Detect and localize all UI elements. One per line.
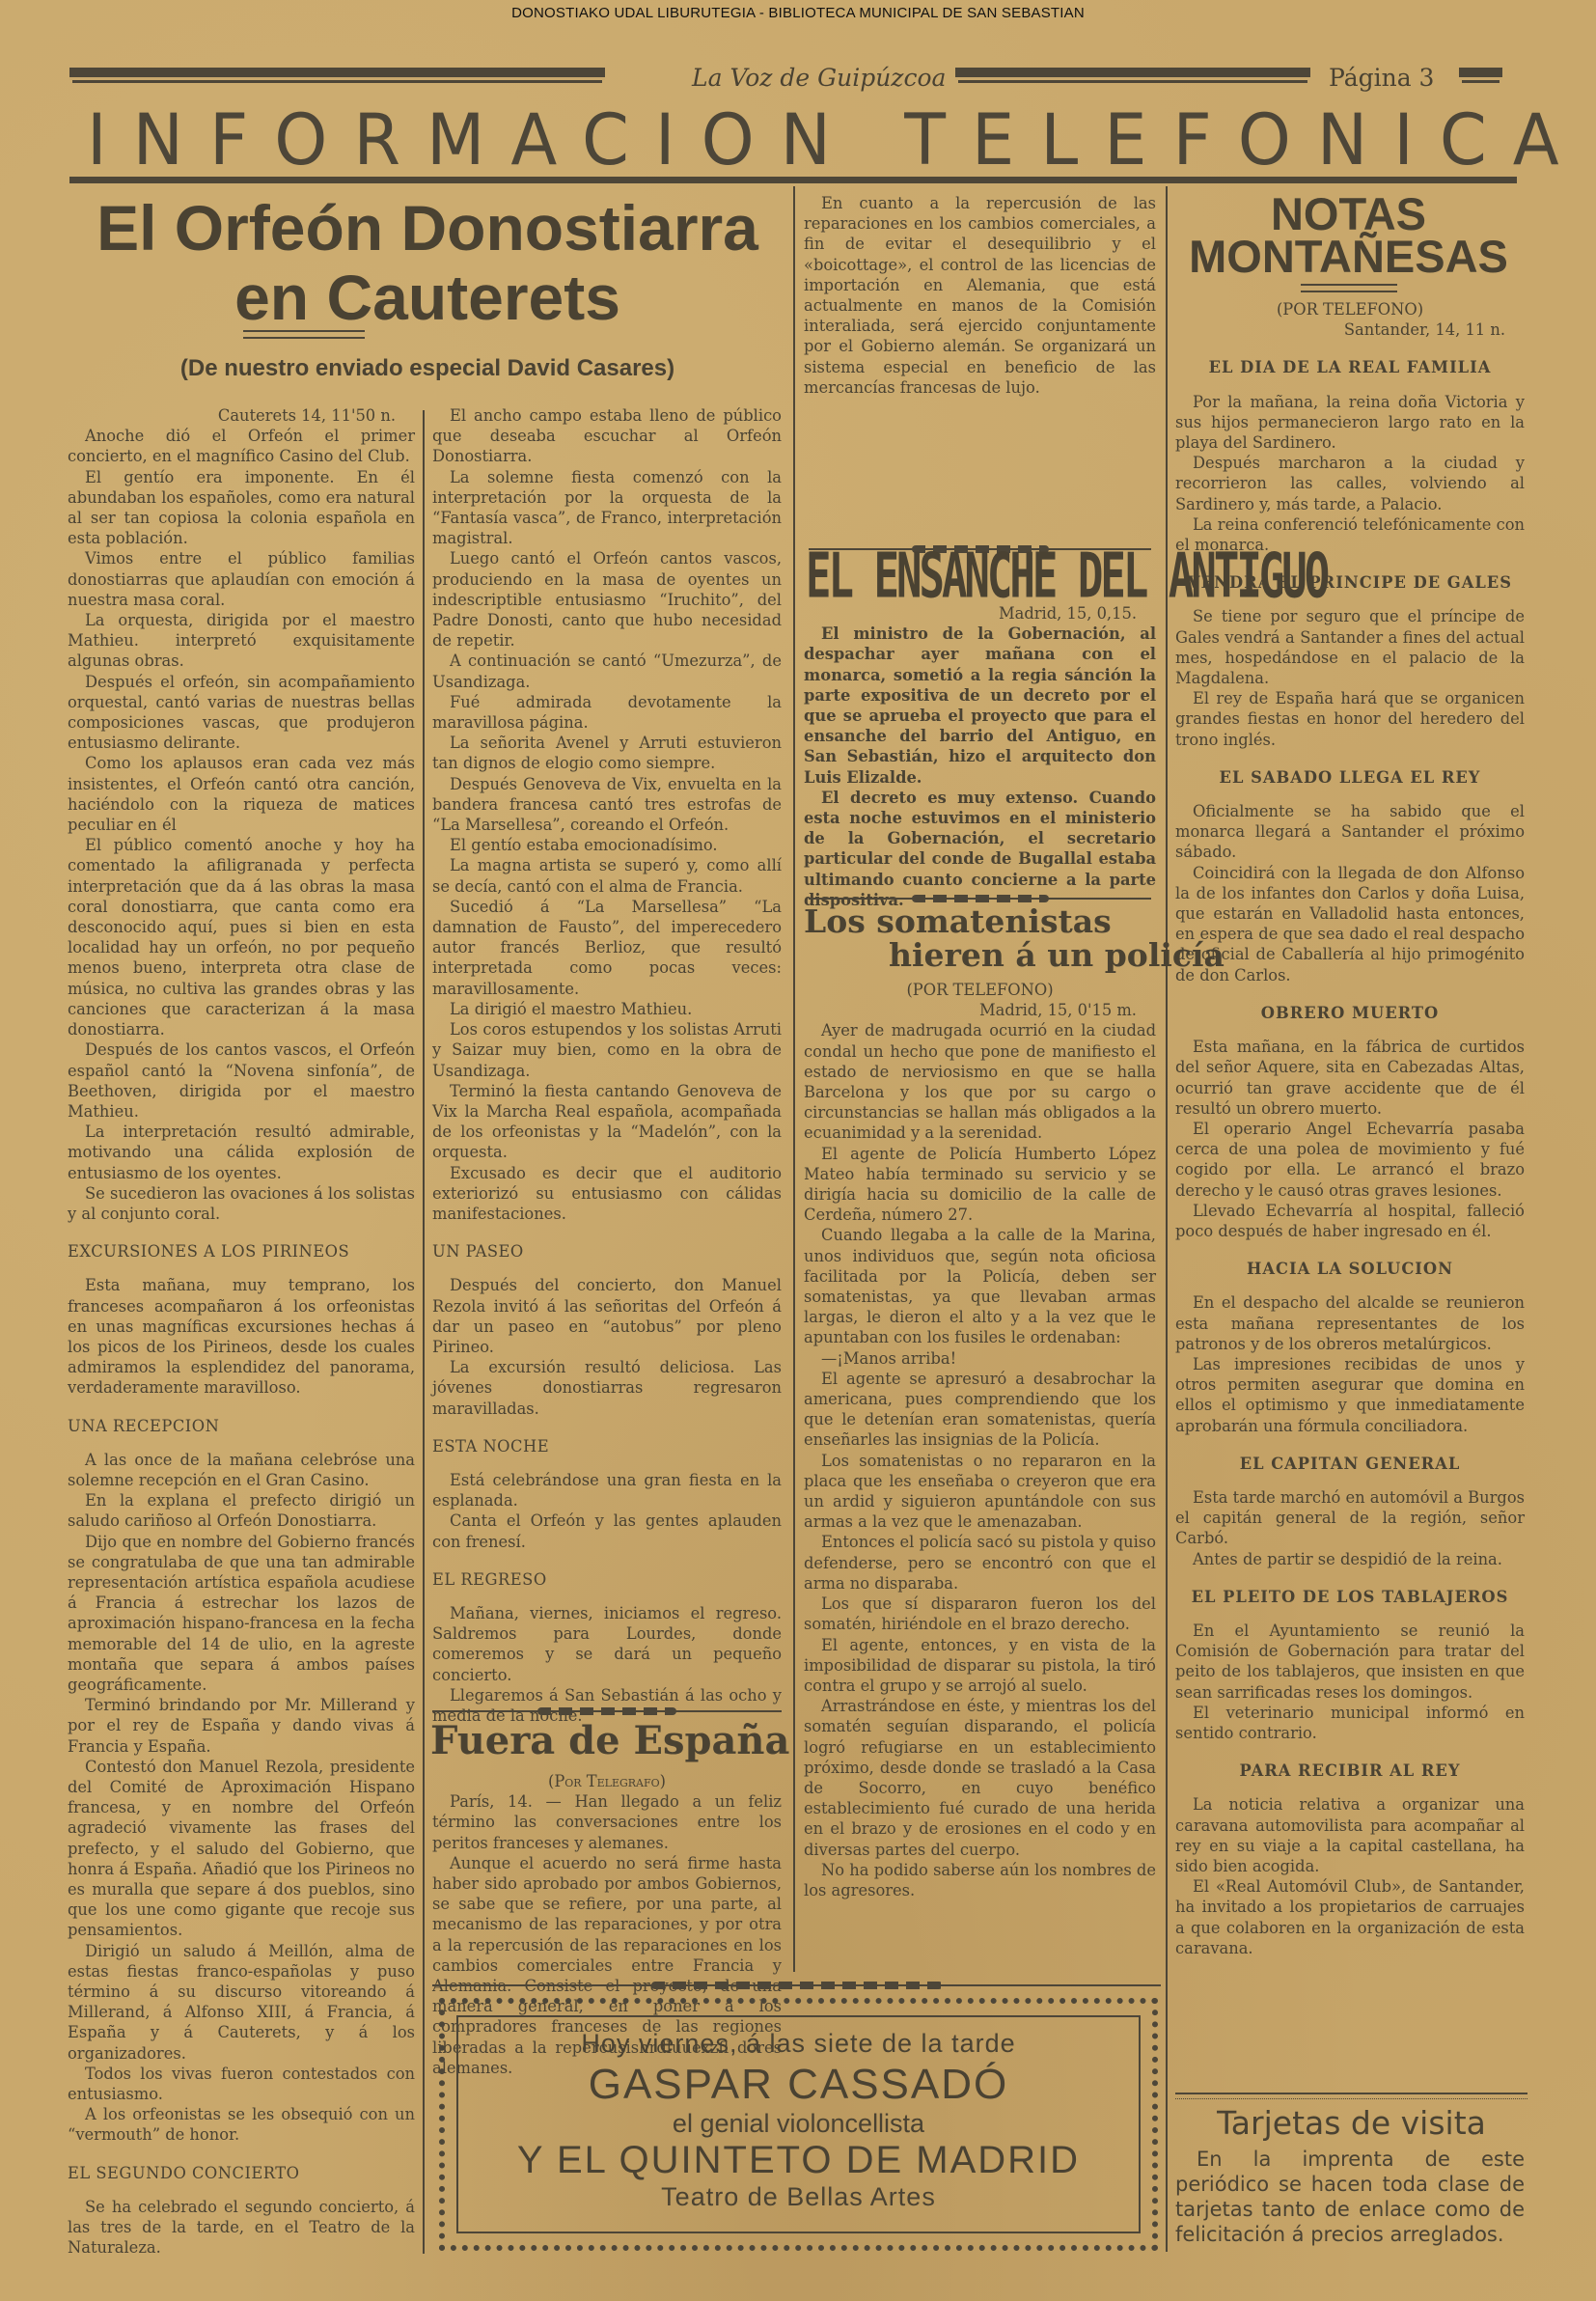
paragraph: Oficialmente se ha sabido que el monarca… <box>1175 801 1525 863</box>
subheading: EL REGRESO <box>432 1569 782 1590</box>
top-rule <box>69 177 1517 183</box>
paragraph: Dirigió un saludo á Meillón, alma de est… <box>68 1941 415 2064</box>
paragraph: Después del concierto, don Manuel Rezola… <box>432 1275 782 1357</box>
column-divider <box>793 186 795 1972</box>
dateline: Madrid, 15, 0'15 m. <box>804 1000 1156 1020</box>
paragraph: El veterinario municipal informó en sent… <box>1175 1703 1525 1743</box>
page-number: Página 3 <box>1329 64 1434 92</box>
paragraph: En cuanto a la repercusión de las repara… <box>804 193 1156 398</box>
article-orfeon-col1: Cauterets 14, 11'50 n. Anoche dió el Orf… <box>68 405 415 2258</box>
article-fuera-de-espana-continued: En cuanto a la repercusión de las repara… <box>804 193 1156 398</box>
subheading: EL SABADO LLEGA EL REY <box>1175 767 1525 788</box>
masthead-rule-left <box>69 68 605 80</box>
paragraph: Después Genoveva de Vix, envuelta en la … <box>432 774 782 836</box>
paragraph: El agente, entonces, y en vista de la im… <box>804 1635 1156 1697</box>
subheading: EL SEGUNDO CONCIERTO <box>68 2163 415 2183</box>
paragraph: Dijo que en nombre del Gobierno francés … <box>68 1532 415 1696</box>
paragraph: El rey de España hará que se organicen g… <box>1175 688 1525 750</box>
paragraph: Terminó brindando por Mr. Millerand y po… <box>68 1695 415 1757</box>
paragraph: Luego cantó el Orfeón cantos vascos, pro… <box>432 548 782 651</box>
byline-orfeon: (De nuestro enviado especial David Casar… <box>66 355 789 382</box>
article-ensanche: Madrid, 15, 0,15. El ministro de la Gobe… <box>804 603 1156 910</box>
newspaper-page: DONOSTIAKO UDAL LIBURUTEGIA - BIBLIOTECA… <box>0 0 1596 2301</box>
paragraph: Llevado Echevarría al hospital, falleció… <box>1175 1201 1525 1241</box>
dateline: Cauterets 14, 11'50 n. <box>68 405 415 426</box>
paragraph: El público comentó anoche y hoy ha comen… <box>68 835 415 1040</box>
subheading: HACIA LA SOLUCION <box>1175 1259 1525 1279</box>
subheading: VENDRA EL PRINCIPE DE GALES <box>1175 572 1525 593</box>
paragraph: Se ha celebrado el segundo concierto, á … <box>68 2197 415 2259</box>
paragraph: Coincidirá con la llegada de don Alfonso… <box>1175 863 1525 985</box>
paragraph: La señorita Avenel y Arruti estuvieron t… <box>432 733 782 773</box>
paragraph: Vimos entre el público familias donostia… <box>68 548 415 610</box>
paragraph: A las once de la mañana celebróse una so… <box>68 1450 415 1490</box>
paragraph: Ayer de madrugada ocurrió en la ciudad c… <box>804 1020 1156 1143</box>
paragraph: París, 14. — Han llegado a un feliz térm… <box>432 1791 782 1853</box>
article-somatenistas: (POR TELEFONO) Madrid, 15, 0'15 m. Ayer … <box>804 980 1156 1900</box>
paragraph: La reina conferenció telefónicamente con… <box>1175 514 1525 555</box>
paragraph: La dirigió el maestro Mathieu. <box>432 999 782 1019</box>
paragraph: El agente se apresuró a desabrochar la a… <box>804 1369 1156 1451</box>
paragraph: El agente de Policía Humberto López Mate… <box>804 1144 1156 1226</box>
ad-line: el genial violoncellista <box>458 2109 1139 2139</box>
paragraph: Cuando llegaba a la calle de la Marina, … <box>804 1225 1156 1347</box>
paragraph: Se tiene por seguro que el príncipe de G… <box>1175 606 1525 688</box>
article-orfeon-col2: El ancho campo estaba lleno de público q… <box>432 405 782 1726</box>
paragraph: Fué admirada devotamente la maravillosa … <box>432 692 782 733</box>
tarjetas-notice: En la imprenta de este periódico se hace… <box>1175 2147 1525 2247</box>
paragraph: El gentío estaba emocionadísimo. <box>432 835 782 855</box>
headline-ensanche: EL ENSANCHE DEL ANTIGUO <box>806 541 1158 613</box>
tarjetas-title: Tarjetas de visita <box>1175 2104 1527 2142</box>
dateline: Madrid, 15, 0,15. <box>804 603 1156 624</box>
ad-performer: GASPAR CASSADÓ <box>458 2061 1139 2109</box>
paragraph: Por la mañana, la reina doña Victoria y … <box>1175 392 1525 454</box>
masthead-rule-right <box>1459 68 1502 80</box>
subheading: UN PASEO <box>432 1241 782 1261</box>
paragraph: El operario Angel Echevarría pasaba cerc… <box>1175 1119 1525 1201</box>
dateline: Santander, 14, 11 n. <box>1175 319 1525 340</box>
paragraph: Los que sí dispararon fueron los del som… <box>804 1594 1156 1634</box>
paragraph: Esta mañana, en la fábrica de curtidos d… <box>1175 1037 1525 1119</box>
paragraph: Esta tarde marchó en automóvil a Burgos … <box>1175 1487 1525 1549</box>
paragraph: Después el orfeón, sin acompañamiento or… <box>68 672 415 754</box>
subheading: EL DIA DE LA REAL FAMILIA <box>1175 357 1525 377</box>
ad-line: Hoy viernes, á las siete de la tarde <box>458 2029 1139 2059</box>
paragraph: Después marcharon a la ciudad y recorrie… <box>1175 453 1525 514</box>
ad-top-rule <box>432 1984 1161 1986</box>
paragraph: Contestó don Manuel Rezola, presidente d… <box>68 1757 415 1941</box>
paragraph: La excursión resultó deliciosa. Las jóve… <box>432 1357 782 1419</box>
paragraph: —¡Manos arriba! <box>804 1348 1156 1369</box>
paragraph: La interpretación resultó admirable, mot… <box>68 1122 415 1183</box>
column-divider <box>423 410 425 2254</box>
paragraph: Los coros estupendos y los solistas Arru… <box>432 1019 782 1081</box>
subheading: ESTA NOCHE <box>432 1436 782 1456</box>
paragraph: Todos los vivas fueron contestados con e… <box>68 2064 415 2104</box>
paragraph: A continuación se cantó “Umezurza”, de U… <box>432 651 782 691</box>
paragraph: Los somatenistas o no repararon en la pl… <box>804 1451 1156 1533</box>
paragraph: El gentío era imponente. En él abundaban… <box>68 467 415 549</box>
paragraph: Las impresiones recibidas de unos y otro… <box>1175 1354 1525 1436</box>
paragraph: Canta el Orfeón y las gentes aplauden co… <box>432 1511 782 1551</box>
ad-inner-frame: Hoy viernes, á las siete de la tarde GAS… <box>456 2015 1141 2233</box>
headline-orfeon: El Orfeón Donostiarra en Cauterets <box>66 193 789 332</box>
headline-underline <box>1301 284 1397 292</box>
paragraph: Terminó la fiesta cantando Genoveva de V… <box>432 1081 782 1163</box>
paragraph: Está celebrándose una gran fiesta en la … <box>432 1470 782 1511</box>
headline-somatenistas-line2: hieren á un policía <box>889 936 1225 974</box>
subheading: UNA RECEPCION <box>68 1416 415 1436</box>
subheading: PARA RECIBIR AL REY <box>1175 1760 1525 1781</box>
paragraph: El decreto es muy extenso. Cuando esta n… <box>804 788 1156 910</box>
headline-underline <box>243 330 365 339</box>
subheading: EXCURSIONES A LOS PIRINEOS <box>68 1241 415 1261</box>
paragraph: En el despacho del alcalde se reunieron … <box>1175 1292 1525 1354</box>
paragraph: El ministro de la Gobernación, al despac… <box>804 624 1156 788</box>
paragraph: Mañana, viernes, iniciamos el regreso. S… <box>432 1603 782 1685</box>
paragraph: Después de los cantos vascos, el Orfeón … <box>68 1040 415 1122</box>
headline-somatenistas-line1: Los somatenistas <box>804 902 1112 940</box>
paragraph: A los orfeonistas se les obsequió con un… <box>68 2104 415 2145</box>
paragraph: En la explana el prefecto dirigió un sal… <box>68 1490 415 1531</box>
masthead-rule-middle <box>955 68 1310 80</box>
paragraph: El «Real Automóvil Club», de Santander, … <box>1175 1876 1525 1958</box>
paragraph: Excusado es decir que el auditorio exter… <box>432 1163 782 1225</box>
paragraph: No ha podido saberse aún los nombres de … <box>804 1860 1156 1900</box>
byline: (POR TELEFONO) <box>804 980 1156 1000</box>
paragraph: La solemne fiesta comenzó con la interpr… <box>432 467 782 549</box>
concert-advertisement: Hoy viernes, á las siete de la tarde GAS… <box>439 1998 1158 2251</box>
paragraph: Anoche dió el Orfeón el primer concierto… <box>68 426 415 466</box>
paragraph: La noticia relativa a organizar una cara… <box>1175 1794 1525 1876</box>
section-title: INFORMACION TELEFONICA <box>87 98 1515 181</box>
subheading: EL CAPITAN GENERAL <box>1175 1454 1525 1474</box>
paragraph: Sucedió á “La Marsellesa” “La damnation … <box>432 897 782 999</box>
subheading: EL PLEITO DE LOS TABLAJEROS <box>1175 1587 1525 1607</box>
article-notas-montanesas: (POR TELEFONO) Santander, 14, 11 n. EL D… <box>1175 299 1525 1958</box>
byline: (POR TELEFONO) <box>1175 299 1525 319</box>
paragraph: En la imprenta de este periódico se hace… <box>1175 2147 1525 2247</box>
paragraph: Entonces el policía sacó su pistola y qu… <box>804 1532 1156 1594</box>
ornamental-rule <box>809 898 1151 900</box>
wavy-rule <box>1175 2093 1527 2099</box>
ornamental-rule <box>432 1710 782 1712</box>
headline-fuera-de-espana: Fuera de España <box>430 1718 787 1763</box>
ad-ensemble: Y EL QUINTETO DE MADRID <box>458 2139 1139 2182</box>
masthead: La Voz de Guipúzcoa Página 3 <box>69 64 1517 93</box>
paragraph: Arrastrándose en éste, y mientras los de… <box>804 1696 1156 1860</box>
paragraph: La magna artista se superó y, como allí … <box>432 855 782 896</box>
paper-name: La Voz de Guipúzcoa <box>692 64 946 92</box>
paragraph: El ancho campo estaba lleno de público q… <box>432 405 782 467</box>
paragraph: La orquesta, dirigida por el maestro Mat… <box>68 610 415 672</box>
paragraph: Como los aplausos eran cada vez más insi… <box>68 753 415 835</box>
library-stamp: DONOSTIAKO UDAL LIBURUTEGIA - BIBLIOTECA… <box>0 5 1596 21</box>
byline: (Por Telegrafo) <box>432 1771 782 1791</box>
subheading: OBRERO MUERTO <box>1175 1003 1525 1023</box>
headline-notas-montanesas: NOTAS MONTAÑESAS <box>1168 193 1529 278</box>
paragraph: En el Ayuntamiento se reunió la Comisión… <box>1175 1621 1525 1703</box>
ad-venue: Teatro de Bellas Artes <box>458 2182 1139 2212</box>
column-divider <box>1166 186 1168 2252</box>
paragraph: Se sucedieron las ovaciones á los solist… <box>68 1183 415 1224</box>
paragraph: Esta mañana, muy temprano, los franceses… <box>68 1275 415 1398</box>
paragraph: Antes de partir se despidió de la reina. <box>1175 1549 1525 1569</box>
